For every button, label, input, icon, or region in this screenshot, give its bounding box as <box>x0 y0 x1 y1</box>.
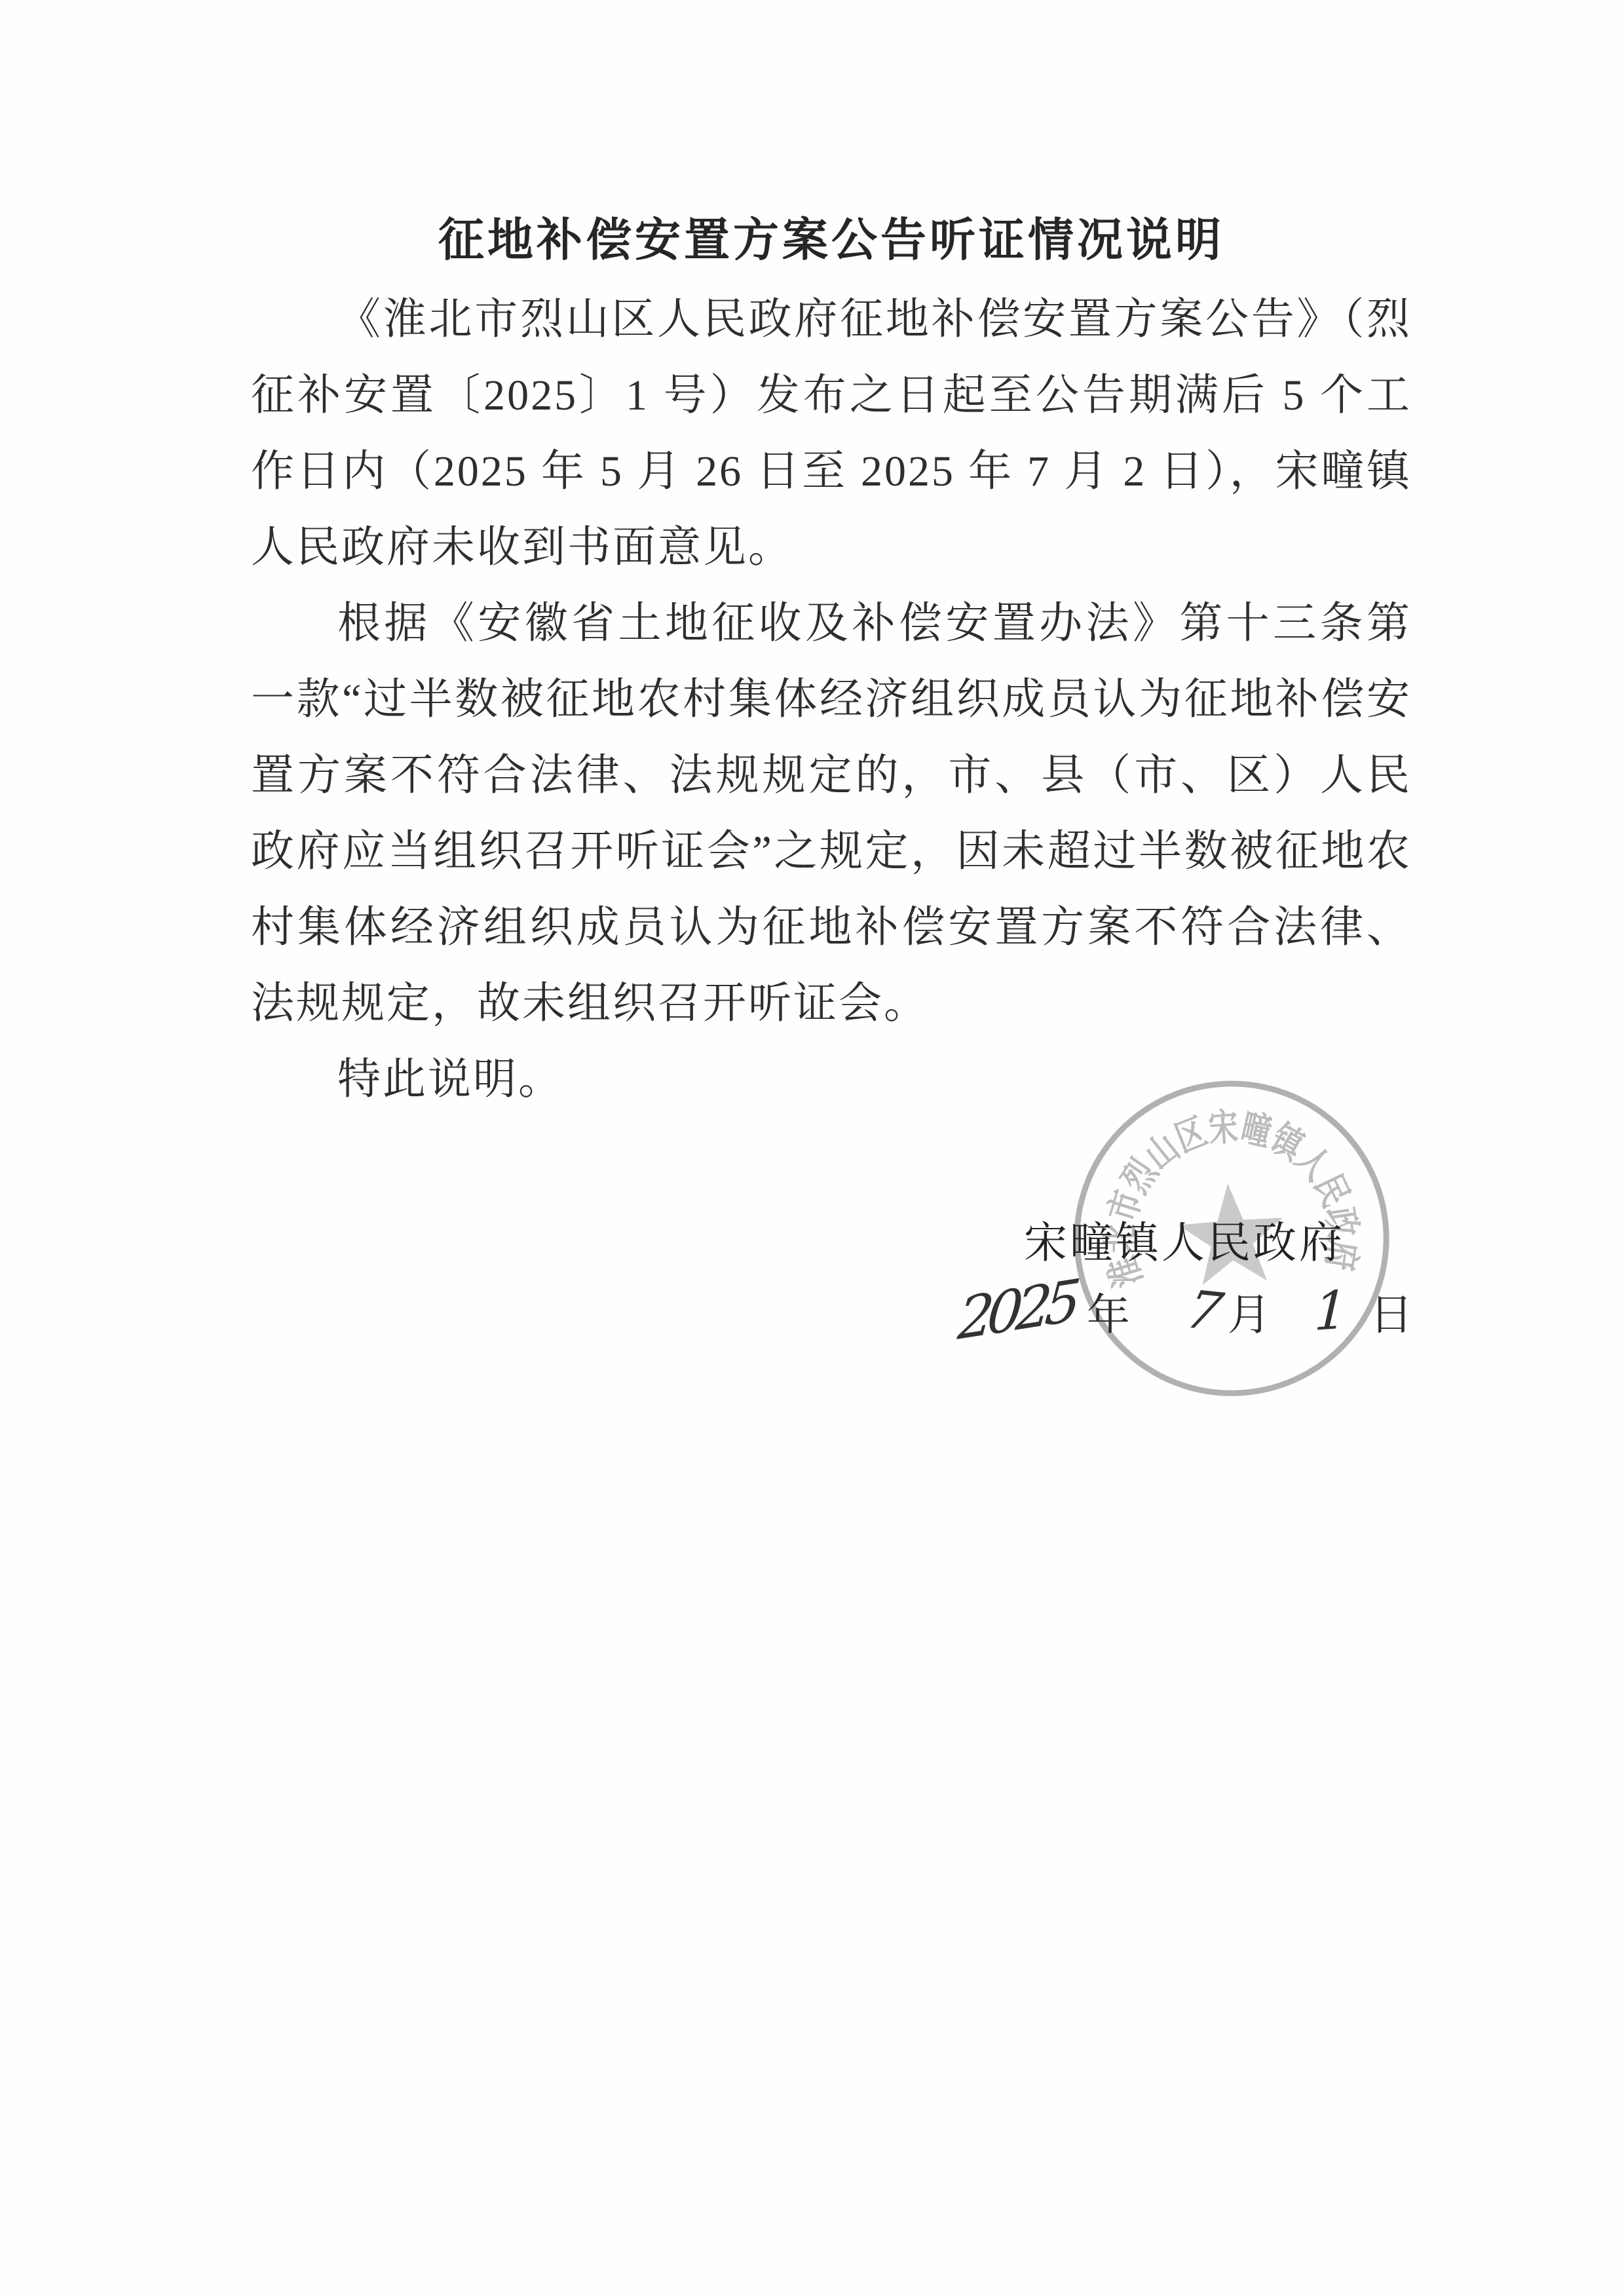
handwritten-day: 1 <box>1313 1278 1348 1342</box>
document-content: 征地补偿安置方案公告听证情况说明 《淮北市烈山区人民政府征地补偿安置方案公告》（… <box>251 208 1412 1118</box>
date-year-label: 年 <box>1087 1280 1131 1342</box>
document-title: 征地补偿安置方案公告听证情况说明 <box>251 208 1412 271</box>
signature-date: 2025 年 7 月 1 日 <box>958 1278 1429 1343</box>
date-day-label: 日 <box>1370 1280 1414 1342</box>
handwritten-month: 7 <box>1180 1279 1228 1342</box>
paragraph-notice-period: 《淮北市烈山区人民政府征地补偿安置方案公告》（烈征补安置〔2025〕1 号）发布… <box>251 282 1412 586</box>
document-page: 征地补偿安置方案公告听证情况说明 《淮北市烈山区人民政府征地补偿安置方案公告》（… <box>0 0 1624 2296</box>
date-month-label: 月 <box>1228 1280 1272 1342</box>
handwritten-year: 2025 <box>956 1268 1078 1354</box>
signature-organization: 宋疃镇人民政府 <box>988 1208 1381 1270</box>
paragraph-legal-basis: 根据《安徽省土地征收及补偿安置办法》第十三条第一款“过半数被征地农村集体经济组织… <box>251 586 1412 1042</box>
